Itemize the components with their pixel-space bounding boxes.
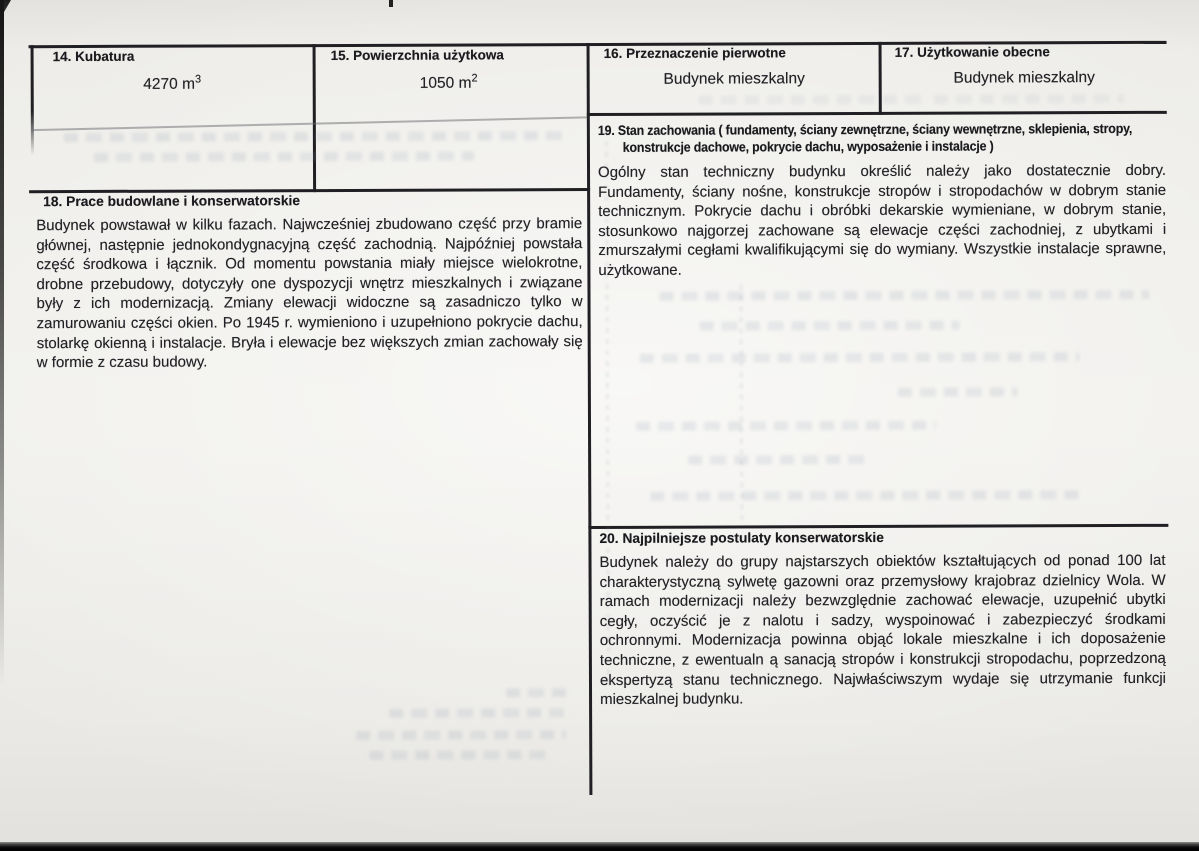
scan-bottom-edge bbox=[0, 842, 1199, 851]
field-17-label: 17. Użytkowanie obecne bbox=[882, 44, 1167, 60]
ghost-bleedthrough-text bbox=[650, 490, 1080, 501]
field-17-uzytkowanie: 17. Użytkowanie obecne Budynek mieszkaln… bbox=[882, 44, 1167, 88]
field-14-label: 14. Kubatura bbox=[32, 48, 313, 64]
ghost-bleedthrough-text bbox=[636, 421, 936, 431]
ghost-bleedthrough-text bbox=[640, 352, 1080, 363]
ghost-bleedthrough-text bbox=[94, 151, 474, 161]
scan-left-edge-shadow bbox=[0, 0, 4, 780]
ghost-bleedthrough-text bbox=[699, 95, 929, 105]
ghost-bleedthrough-text bbox=[700, 321, 960, 331]
ghost-bleedthrough-text bbox=[356, 730, 566, 740]
section-18-prace-budowlane: 18. Prace budowlane i konserwatorskie Bu… bbox=[36, 192, 583, 373]
section-18-title: 18. Prace budowlane i konserwatorskie bbox=[36, 192, 582, 209]
field-17-value: Budynek mieszkalny bbox=[882, 69, 1167, 88]
ghost-bleedthrough-text bbox=[64, 131, 564, 142]
field-16-przeznaczenie: 16. Przeznaczenie pierwotne Budynek mies… bbox=[590, 45, 879, 89]
ghost-bleedthrough-text bbox=[659, 290, 1149, 301]
field-15-powierzchnia: 15. Powierzchnia użytkowa 1050 m2 bbox=[316, 47, 582, 93]
ghost-bleedthrough-text bbox=[898, 387, 1018, 396]
section-19-stan-zachowania: 19. Stan zachowania ( fundamenty, ściany… bbox=[598, 120, 1167, 281]
section-18-body: Budynek powstawał w kilku fazach. Najwcz… bbox=[36, 214, 583, 373]
field-14-value: 4270 m3 bbox=[32, 73, 313, 94]
ghost-bleedthrough-text bbox=[369, 750, 549, 760]
section-19-title-line2: konstrukcje dachowe, pokrycie dachu, wyp… bbox=[598, 137, 1121, 156]
bleed-line-left bbox=[31, 116, 587, 131]
document-table: 14. Kubatura 4270 m3 15. Powierzchnia uż… bbox=[0, 0, 1199, 851]
field-15-label: 15. Powierzchnia użytkowa bbox=[316, 47, 582, 63]
section-19-title-line1: 19. Stan zachowania ( fundamenty, ściany… bbox=[598, 120, 1121, 139]
ghost-bleedthrough-text bbox=[506, 688, 566, 697]
field-15-value: 1050 m2 bbox=[316, 72, 582, 93]
ghost-bleedthrough-text bbox=[389, 708, 564, 718]
section19-top-border bbox=[587, 111, 1167, 116]
scanned-document-page: 14. Kubatura 4270 m3 15. Powierzchnia uż… bbox=[0, 0, 1199, 851]
section-20-body: Budynek należy do grupy najstarszych obi… bbox=[599, 551, 1166, 710]
ghost-bleedthrough-text bbox=[688, 455, 868, 465]
section-19-title: 19. Stan zachowania ( fundamenty, ściany… bbox=[598, 120, 1166, 156]
ghost-bleedthrough-rule bbox=[739, 284, 743, 519]
section-19-body: Ogólny stan techniczny budynku określić … bbox=[598, 161, 1166, 281]
ghost-bleedthrough-text bbox=[934, 94, 1124, 104]
center-column-divider bbox=[587, 43, 593, 795]
section-20-postulaty: 20. Najpilniejsze postulaty konserwators… bbox=[599, 529, 1166, 710]
scan-top-mark bbox=[389, 0, 393, 7]
field-16-label: 16. Przeznaczenie pierwotne bbox=[590, 45, 879, 61]
field-14-kubatura: 14. Kubatura 4270 m3 bbox=[32, 48, 313, 94]
field-16-value: Budynek mieszkalny bbox=[590, 70, 879, 89]
section-20-title: 20. Najpilniejsze postulaty konserwators… bbox=[599, 529, 1165, 546]
